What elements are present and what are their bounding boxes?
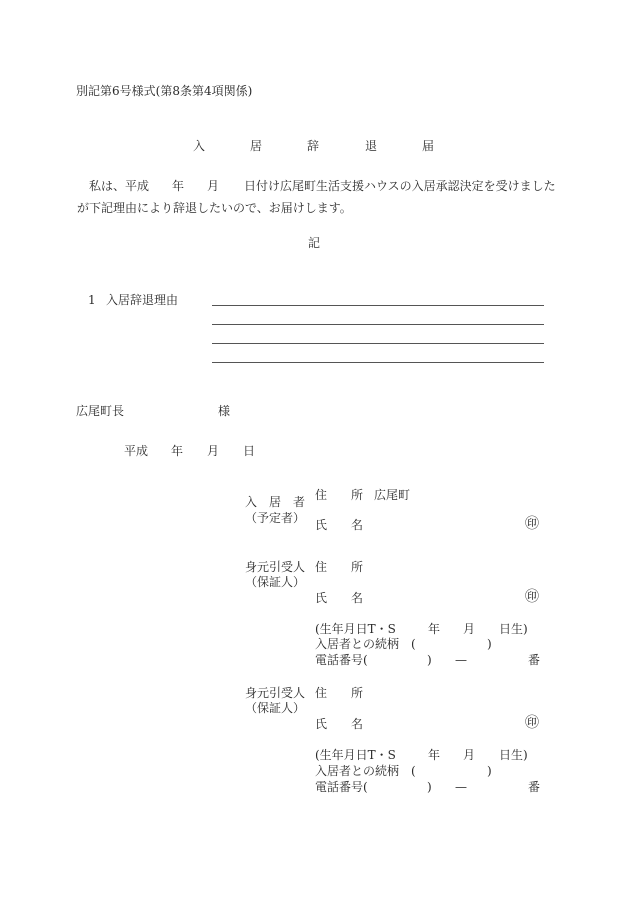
guarantor-name-label: 氏 名 xyxy=(315,592,363,604)
phone-close: ) xyxy=(427,781,432,793)
reason-blank-line[interactable] xyxy=(212,343,544,344)
birth-month-unit: 月 xyxy=(463,623,475,635)
title-char: 退 xyxy=(365,140,377,152)
seal-icon: ㊞ xyxy=(525,590,539,604)
birth-year-unit: 年 xyxy=(428,623,440,635)
phone-close: ) xyxy=(427,654,432,666)
ki-heading: 記 xyxy=(308,237,320,249)
title-char: 辞 xyxy=(307,140,319,152)
date-month-unit: 月 xyxy=(207,445,219,457)
applicant-address-label: 住 所 xyxy=(315,489,363,501)
relation-open: ( xyxy=(411,765,416,777)
title-char: 居 xyxy=(250,140,262,152)
phone-suffix: 番 xyxy=(528,781,540,793)
relation-close: ) xyxy=(487,765,492,777)
body-line1-prefix: 私は、平成 xyxy=(89,180,149,192)
guarantor-address-label: 住 所 xyxy=(315,687,363,699)
guarantor-role-note: （保証人） xyxy=(245,576,305,588)
phone-dash: — xyxy=(455,781,467,793)
date-day-unit: 日 xyxy=(243,445,255,457)
birth-suffix: 日生) xyxy=(499,623,528,635)
guarantor-role-note: （保証人） xyxy=(245,702,305,714)
addressee-name: 広尾町長 xyxy=(76,405,124,417)
body-line2: が下記理由により辞退したいので、お届けします。 xyxy=(77,202,352,214)
date-era: 平成 xyxy=(124,445,148,457)
seal-icon: ㊞ xyxy=(525,716,539,730)
body-year-unit: 年 xyxy=(172,180,184,192)
form-reference: 別記第6号様式(第8条第4項関係) xyxy=(76,85,252,97)
relation-label: 入居者との続柄 xyxy=(315,638,399,650)
reason-blank-line[interactable] xyxy=(212,362,544,363)
reason-blank-line[interactable] xyxy=(212,305,544,306)
birth-prefix: (生年月日T・S xyxy=(315,749,396,761)
phone-suffix: 番 xyxy=(528,654,540,666)
birth-prefix: (生年月日T・S xyxy=(315,623,396,635)
body-month-unit: 月 xyxy=(207,180,219,192)
guarantor-role: 身元引受人 xyxy=(245,561,305,573)
applicant-name-label: 氏 名 xyxy=(315,519,363,531)
birth-year-unit: 年 xyxy=(428,749,440,761)
applicant-role-note: （予定者） xyxy=(245,512,305,524)
relation-open: ( xyxy=(411,638,416,650)
relation-close: ) xyxy=(487,638,492,650)
applicant-address-value[interactable]: 広尾町 xyxy=(374,489,410,501)
seal-icon: ㊞ xyxy=(525,517,539,531)
phone-label: 電話番号( xyxy=(315,781,368,793)
addressee-honorific: 様 xyxy=(218,405,230,417)
reason-blank-line[interactable] xyxy=(212,324,544,325)
birth-month-unit: 月 xyxy=(463,749,475,761)
body-line1-suffix: 日付け広尾町生活支援ハウスの入居承認決定を受けました xyxy=(244,180,556,192)
birth-suffix: 日生) xyxy=(499,749,528,761)
applicant-role: 入 居 者 xyxy=(245,496,305,508)
guarantor-role: 身元引受人 xyxy=(245,687,305,699)
reason-label: 入居辞退理由 xyxy=(106,294,178,306)
title-char: 届 xyxy=(422,140,434,152)
guarantor-address-label: 住 所 xyxy=(315,561,363,573)
date-year-unit: 年 xyxy=(171,445,183,457)
reason-number: 1 xyxy=(88,294,96,306)
guarantor-name-label: 氏 名 xyxy=(315,718,363,730)
phone-label: 電話番号( xyxy=(315,654,368,666)
relation-label: 入居者との続柄 xyxy=(315,765,399,777)
phone-dash: — xyxy=(455,654,467,666)
title-char: 入 xyxy=(193,140,205,152)
